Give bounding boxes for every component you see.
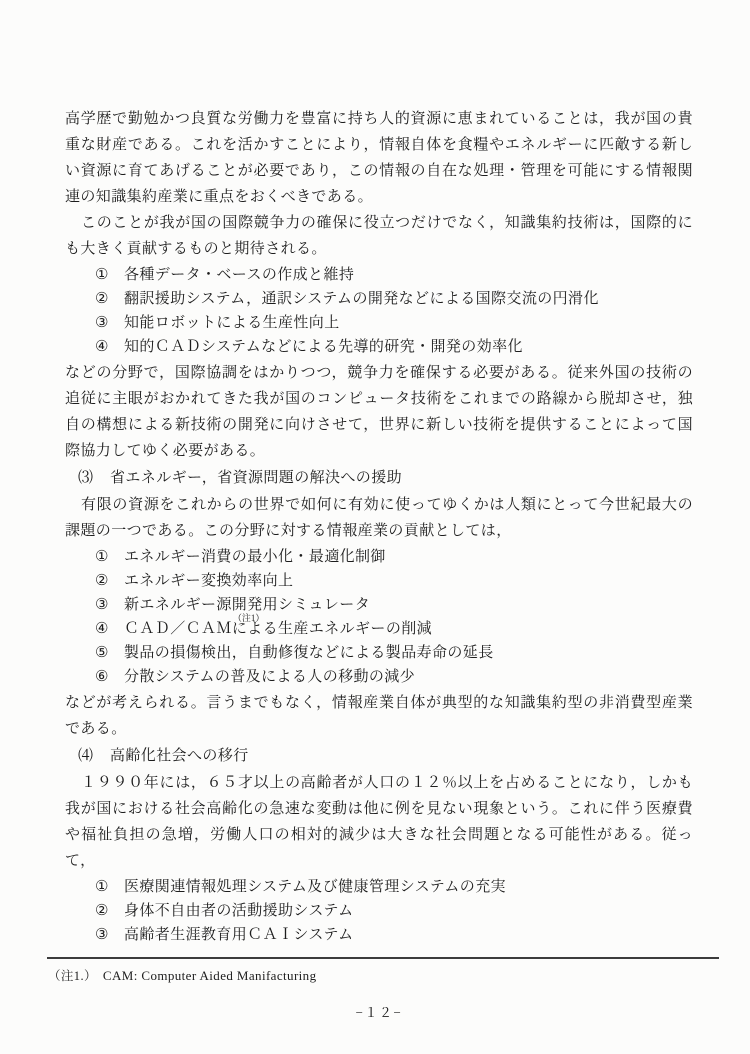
list-item: ① エネルギー消費の最小化・最適化制御 [65,545,693,569]
section-heading-3: ⑶ 省エネルギー，省資源問題の解決への援助 [65,466,693,490]
list-marker: ① [95,545,124,569]
list-item-text: エネルギー消費の最小化・最適化制御 [124,545,693,569]
list-marker: ② [95,899,124,923]
list-item-text: 各種データ・ベースの作成と維持 [124,263,693,287]
list-item: ① 医療関連情報処理システム及び健康管理システムの充実 [65,875,693,899]
list-marker: ⑤ [95,641,124,665]
list-item: ③ 高齢者生涯教育用ＣＡＩシステム [65,923,693,947]
list-item: ④ 知的ＣＡＤシステムなどによる先導的研究・開発の効率化 [65,335,693,359]
list-item: ③ 知能ロボットによる生産性向上 [65,311,693,335]
list-item: ② エネルギー変換効率向上 [65,569,693,593]
list-item: ② 翻訳援助システム，通訳システムの開発などによる国際交流の円滑化 [65,287,693,311]
paragraph-fields: などの分野で，国際協調をはかりつつ，競争力を確保する必要がある。従来外国の技術の… [65,360,693,464]
list-item-text: エネルギー変換効率向上 [124,569,693,593]
list-international: ① 各種データ・ベースの作成と維持 ② 翻訳援助システム，通訳システムの開発など… [65,263,693,359]
list-item: ③ 新エネルギー源開発用シミュレータ [65,593,693,617]
section-marker: ⑷ [78,744,110,768]
list-item-text: 身体不自由者の活動援助システム [124,899,693,923]
list-marker: ③ [95,311,124,335]
list-item: ⑤ 製品の損傷検出，自動修復などによる製品寿命の延長 [65,641,693,665]
footnote-marker: （注1.） [48,969,97,983]
list-marker: ② [95,569,124,593]
section-title: 高齢化社会への移行 [110,744,249,768]
list-marker: ② [95,287,124,311]
document-page: 高学歴で勤勉かつ良質な労働力を豊富に持ち人的資源に恵まれていることは，我が国の貴… [0,0,750,1054]
paragraph-intro: 高学歴で勤勉かつ良質な労働力を豊富に持ち人的資源に恵まれていることは，我が国の貴… [65,106,693,210]
footnote-ref: （注1） [233,606,265,630]
page-number: −１２− [65,1002,693,1021]
list-item-text: ＣＡＤ／ＣＡＭ（注1）による生産エネルギーの削減 [124,617,693,641]
list-item: ⑥ 分散システムの普及による人の移動の減少 [65,665,693,689]
list-marker: ④ [95,335,124,359]
cad-cam-text: ＣＡＤ／ＣＡＭ [124,621,232,637]
list-marker: ③ [95,593,124,617]
list-marker: ⑥ [95,665,124,689]
list-energy: ① エネルギー消費の最小化・最適化制御 ② エネルギー変換効率向上 ③ 新エネル… [65,545,693,689]
list-marker: ① [95,875,124,899]
list-item-text: 知的ＣＡＤシステムなどによる先導的研究・開発の効率化 [124,335,693,359]
paragraph-conclusion: などが考えられる。言うまでもなく，情報産業自体が典型的な知識集約型の非消費型産業… [65,690,693,742]
list-item-text: 製品の損傷検出，自動修復などによる製品寿命の延長 [124,641,693,665]
list-item-text: 高齢者生涯教育用ＣＡＩシステム [124,923,693,947]
list-marker: ① [95,263,124,287]
footnote-separator [47,957,719,959]
list-item-text: 分散システムの普及による人の移動の減少 [124,665,693,689]
list-item-text: 医療関連情報処理システム及び健康管理システムの充実 [124,875,693,899]
section-heading-4: ⑷ 高齢化社会への移行 [65,744,693,768]
list-marker: ④ [95,617,124,641]
list-aging: ① 医療関連情報処理システム及び健康管理システムの充実 ② 身体不自由者の活動援… [65,875,693,947]
list-item-with-footnote-ref: ④ ＣＡＤ／ＣＡＭ（注1）による生産エネルギーの削減 [65,617,693,641]
footnote: （注1.）CAM: Computer Aided Manifacturing [48,966,693,986]
footnote-text: CAM: Computer Aided Manifacturing [103,968,317,983]
section-title: 省エネルギー，省資源問題の解決への援助 [110,466,402,490]
section-marker: ⑶ [78,466,110,490]
page-content: 高学歴で勤勉かつ良質な労働力を豊富に持ち人的資源に恵まれていることは，我が国の貴… [0,0,750,1021]
list-item-text: 新エネルギー源開発用シミュレータ [124,593,693,617]
paragraph-resources: 有限の資源をこれからの世界で如何に有効に使ってゆくかは人類にとって今世紀最大の課… [65,492,693,544]
paragraph-aging: １９９０年には，６５才以上の高齢者が人口の１２％以上を占めることになり，しかも我… [65,770,693,874]
paragraph-international: このことが我が国の国際競争力の確保に役立つだけでなく，知識集約技術は，国際的にも… [65,210,693,262]
list-item: ① 各種データ・ベースの作成と維持 [65,263,693,287]
list-marker: ③ [95,923,124,947]
list-item-text: 翻訳援助システム，通訳システムの開発などによる国際交流の円滑化 [124,287,693,311]
list-item: ② 身体不自由者の活動援助システム [65,899,693,923]
list-item-text: 知能ロボットによる生産性向上 [124,311,693,335]
